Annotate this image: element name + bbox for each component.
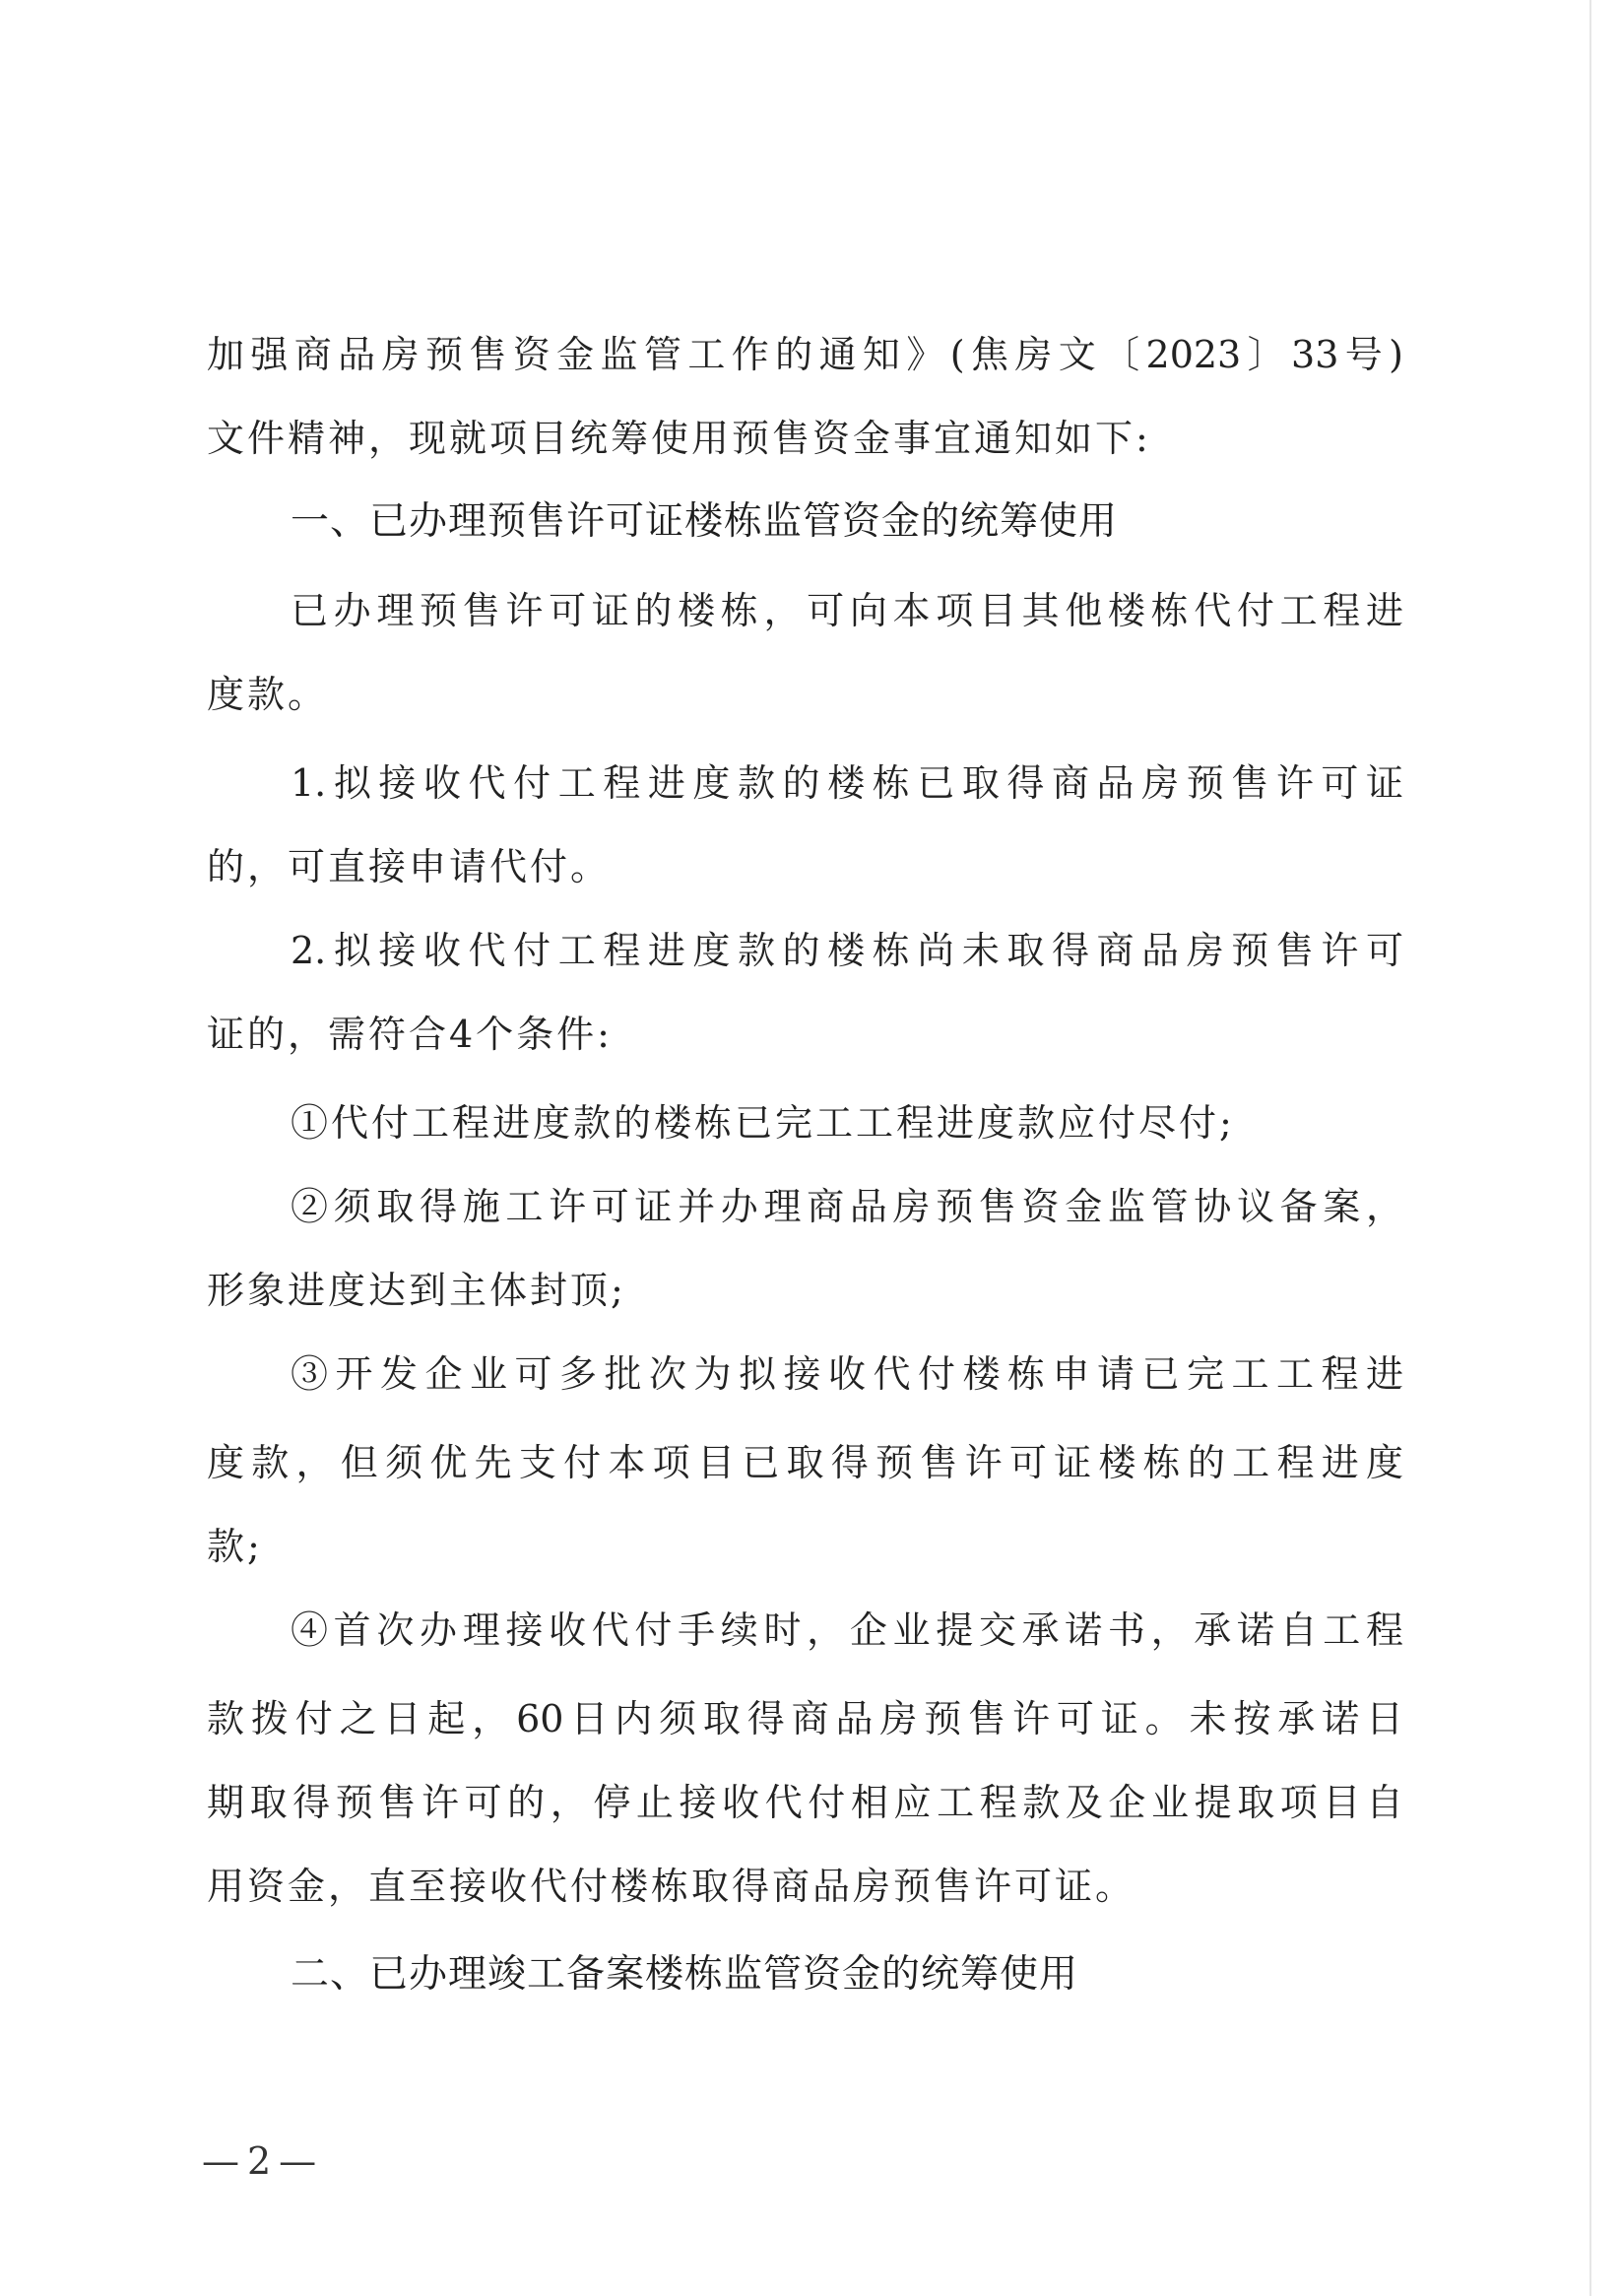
condition-4-line-3: 期取得预售许可的，停止接收代付相应工程款及企业提取项目自 [207, 1779, 1403, 1826]
condition-3-line-3: 款; [207, 1523, 1403, 1570]
body-line-4: 已办理预售许可证的楼栋，可向本项目其他楼栋代付工程进 [291, 587, 1403, 634]
condition-1: ①代付工程进度款的楼栋已完工工程进度款应付尽付; [291, 1099, 1403, 1147]
item-2-line-2: 证的，需符合4个条件: [207, 1011, 1403, 1058]
item-2-line-1: 2.拟接收代付工程进度款的楼栋尚未取得商品房预售许可 [291, 927, 1403, 974]
condition-2-line-2: 形象进度达到主体封顶; [207, 1267, 1403, 1314]
body-line-2: 文件精神，现就项目统筹使用预售资金事宜通知如下: [207, 415, 1403, 462]
body-line-1: 加强商品房预售资金监管工作的通知》(焦房文〔2023〕33号) [207, 331, 1403, 378]
condition-2-line-1: ②须取得施工许可证并办理商品房预售资金监管协议备案， [291, 1183, 1403, 1230]
item-1-line-1: 1.拟接收代付工程进度款的楼栋已取得商品房预售许可证 [291, 759, 1403, 807]
section-heading-1: 一、已办理预售许可证楼栋监管资金的统筹使用 [291, 498, 1403, 546]
condition-3-line-2: 度款，但须优先支付本项目已取得预售许可证楼栋的工程进度 [207, 1439, 1403, 1486]
item-1-line-2: 的，可直接申请代付。 [207, 843, 1403, 890]
body-line-5: 度款。 [207, 671, 1403, 718]
page-number: —2— [202, 2139, 324, 2183]
condition-4-line-2: 款拨付之日起，60日内须取得商品房预售许可证。未按承诺日 [207, 1695, 1403, 1742]
condition-3-line-1: ③开发企业可多批次为拟接收代付楼栋申请已完工工程进 [291, 1350, 1403, 1398]
scan-page-edge [1589, 0, 1591, 2296]
section-heading-2: 二、已办理竣工备案楼栋监管资金的统筹使用 [291, 1951, 1403, 1999]
condition-4-line-1: ④首次办理接收代付手续时，企业提交承诺书，承诺自工程 [291, 1607, 1403, 1654]
condition-4-line-4: 用资金，直至接收代付楼栋取得商品房预售许可证。 [207, 1863, 1403, 1910]
